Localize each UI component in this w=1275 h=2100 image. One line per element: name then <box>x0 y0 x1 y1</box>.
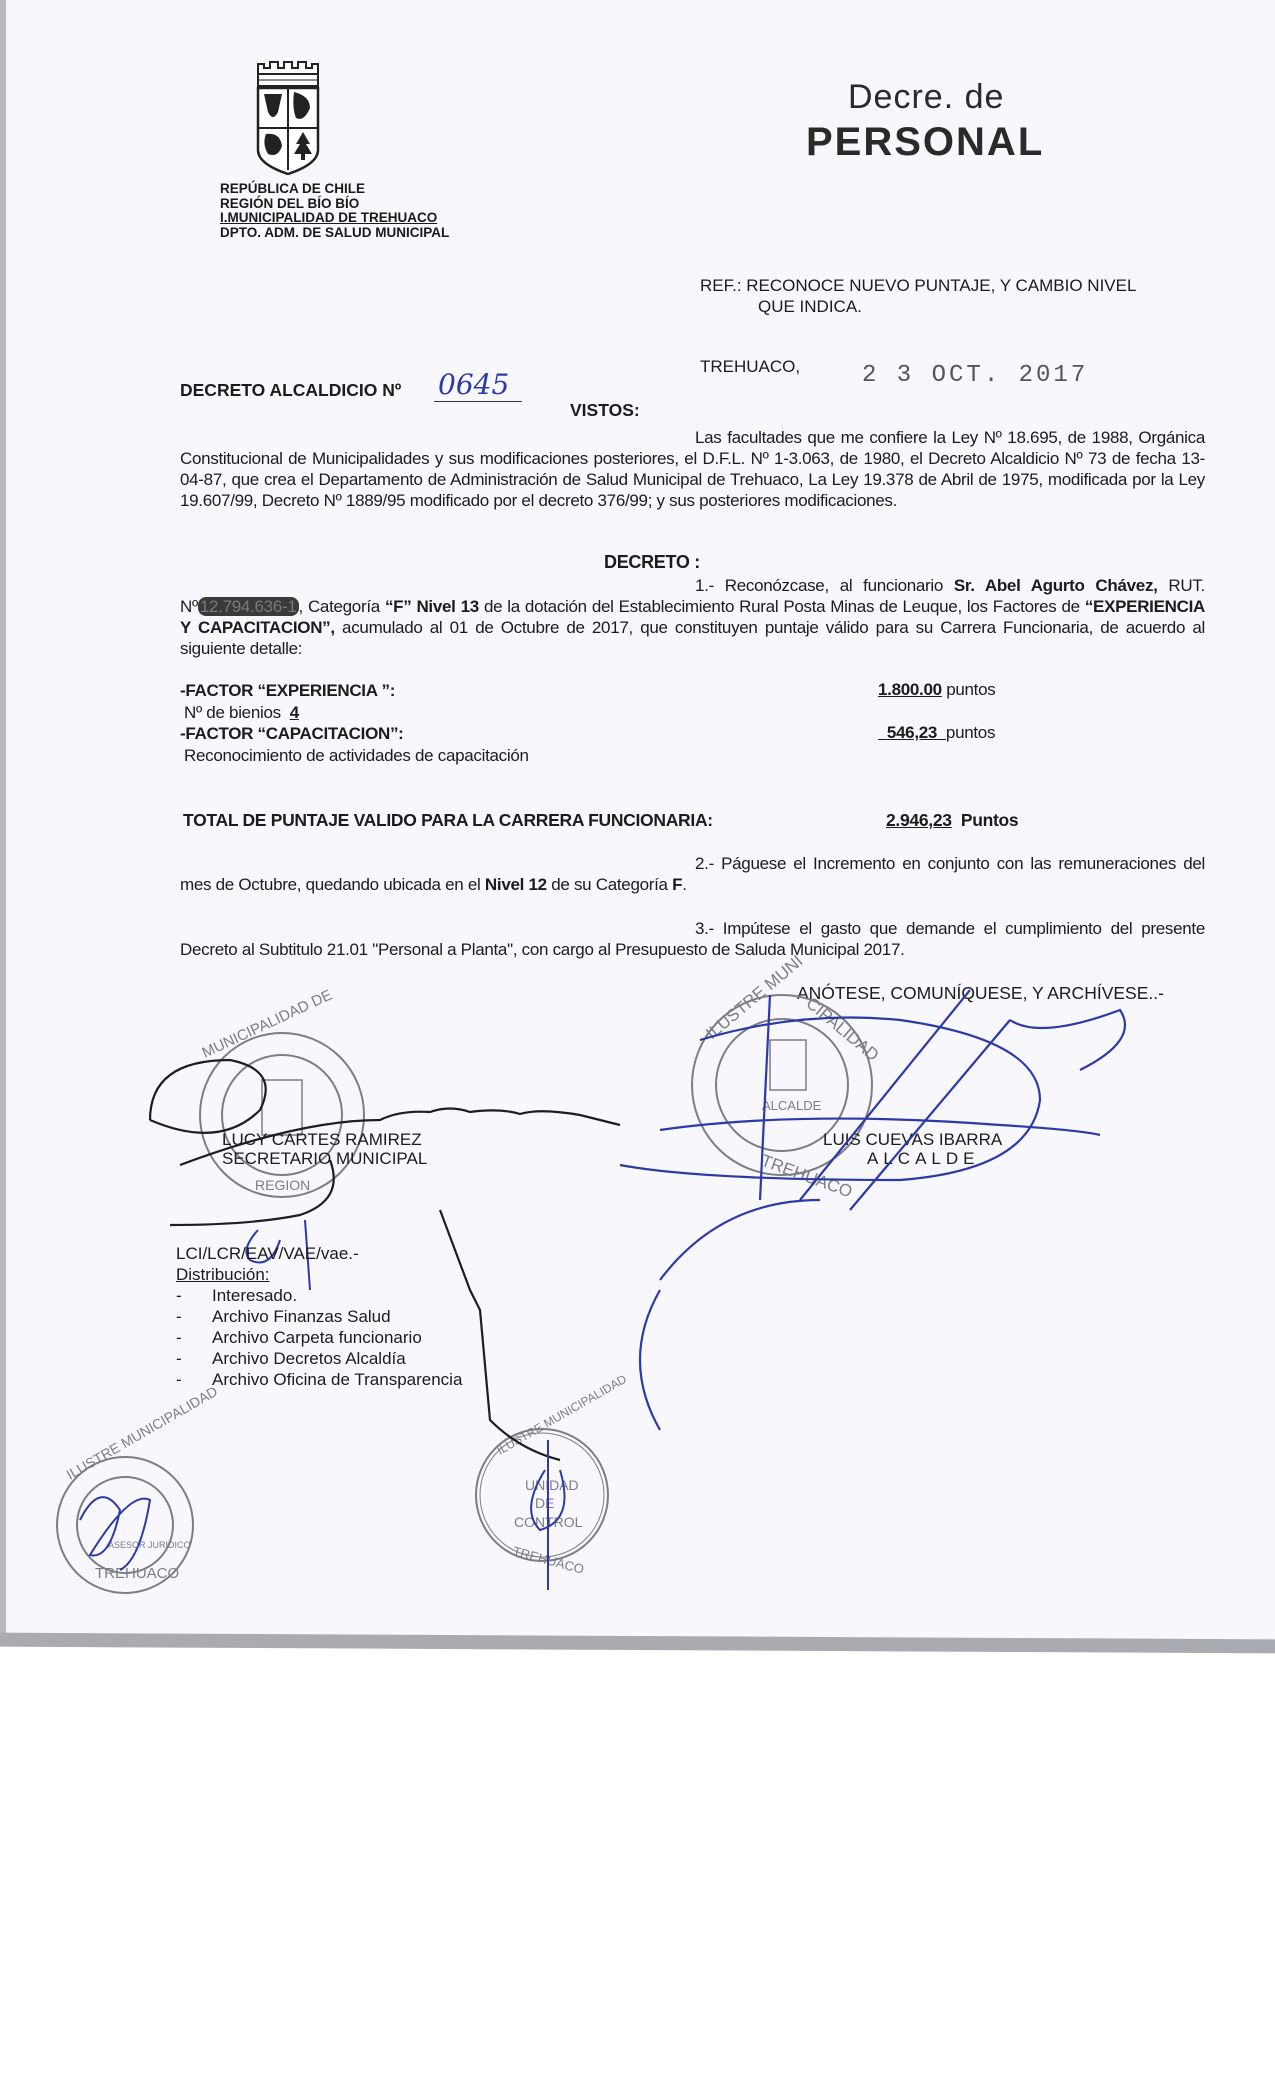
distribution-heading: Distribución: <box>176 1264 462 1285</box>
distribution-block: LCI/LCR/EAV/VAE/vae.- Distribución: -Int… <box>176 1243 462 1390</box>
capacitacion-points-value: 546,23 <box>878 723 946 742</box>
org-department: DPTO. ADM. DE SALUD MUNICIPAL <box>220 226 449 241</box>
distribution-item: -Interesado. <box>176 1285 462 1306</box>
reference-line1: REF.: RECONOCE NUEVO PUNTAJE, Y CAMBIO N… <box>700 275 1136 296</box>
vistos-paragraph: Las facultades que me confiere la Ley Nº… <box>180 427 1205 511</box>
document-type-line2: PERSONAL <box>806 120 1044 165</box>
article-3: 3.- Impútese el gasto que demande el cum… <box>180 918 1205 960</box>
level: Nivel 13 <box>411 597 479 616</box>
category: “F” <box>385 597 411 616</box>
vistos-text: Las facultades que me confiere la Ley Nº… <box>180 427 1205 511</box>
secretary-signature-block: LUCY CARTES RAMIREZ SECRETARIO MUNICIPAL <box>222 1130 427 1168</box>
factors-block: -FACTOR “EXPERIENCIA ”: Nº de bienios 4 … <box>180 680 529 766</box>
capacitacion-description: Reconocimiento de actividades de capacit… <box>180 745 529 767</box>
org-municipality: I.MUNICIPALIDAD DE TREHUACO <box>220 211 449 226</box>
distribution-item: -Archivo Decretos Alcaldía <box>176 1348 462 1369</box>
place: TREHUACO, <box>700 357 800 377</box>
decree-number-handwritten: 0645 <box>438 368 509 401</box>
stamped-date: 2 3 OCT. 2017 <box>862 362 1088 389</box>
initials: LCI/LCR/EAV/VAE/vae.- <box>176 1243 462 1264</box>
org-country: REPÚBLICA DE CHILE <box>220 182 449 197</box>
article-1-lead: 1.- Reconózcase, al funcionario <box>695 576 954 595</box>
reference-block: REF.: RECONOCE NUEVO PUNTAJE, Y CAMBIO N… <box>700 275 1136 317</box>
experiencia-points-value: 1.800.00 <box>878 680 942 699</box>
employee-name: Sr. Abel Agurto Chávez, <box>954 576 1158 595</box>
distribution-item: -Archivo Carpeta funcionario <box>176 1327 462 1348</box>
org-region: REGIÓN DEL BÍO BÍO <box>220 197 449 212</box>
scan-edge <box>0 0 6 1640</box>
vistos-heading: VISTOS: <box>570 400 640 421</box>
factor-capacitacion-label: -FACTOR “CAPACITACION”: <box>180 723 529 745</box>
new-level: Nivel 12 <box>485 875 547 894</box>
decree-number-label: DECRETO ALCALDICIO Nº <box>180 380 401 401</box>
mayor-name: LUIS CUEVAS IBARRA <box>823 1130 1002 1149</box>
distribution-item: -Archivo Finanzas Salud <box>176 1306 462 1327</box>
secretary-title: SECRETARIO MUNICIPAL <box>222 1149 427 1168</box>
mayor-signature-block: LUIS CUEVAS IBARRA ALCALDE <box>823 1130 1002 1168</box>
distribution-item: -Archivo Oficina de Transparencia <box>176 1369 462 1390</box>
total-points: 2.946,23 Puntos <box>886 810 1018 831</box>
article-3-text: 3.- Impútese el gasto que demande el cum… <box>180 918 1205 960</box>
mayor-title: ALCALDE <box>823 1149 1002 1168</box>
capacitacion-points: 546,23 puntos <box>878 723 995 743</box>
document-type-line1: Decre. de <box>848 78 1004 117</box>
article-2: 2.- Páguese el Incremento en conjunto co… <box>180 853 1205 895</box>
decreto-heading: DECRETO : <box>604 552 700 573</box>
issuing-organization: REPÚBLICA DE CHILE REGIÓN DEL BÍO BÍO I.… <box>220 182 449 240</box>
bienios-value: 4 <box>290 703 299 722</box>
experiencia-points: 1.800.00 puntos <box>878 680 995 700</box>
total-label: TOTAL DE PUNTAJE VALIDO PARA LA CARRERA … <box>183 810 713 831</box>
secretary-name: LUCY CARTES RAMIREZ <box>222 1130 427 1149</box>
bienios-label: Nº de bienios <box>184 703 281 722</box>
closing-formula: ANÓTESE, COMUNÍQUESE, Y ARCHÍVESE..- <box>797 983 1164 1004</box>
total-points-value: 2.946,23 <box>886 810 952 830</box>
rut-redacted: 12.794.636-1 <box>198 597 299 616</box>
article-1: 1.- Reconózcase, al funcionario Sr. Abel… <box>180 575 1205 659</box>
coat-of-arms-icon <box>252 60 324 178</box>
decree-number-underline <box>434 401 522 402</box>
factor-experiencia-label: -FACTOR “EXPERIENCIA ”: <box>180 680 529 702</box>
reference-line2: QUE INDICA. <box>700 296 1136 317</box>
